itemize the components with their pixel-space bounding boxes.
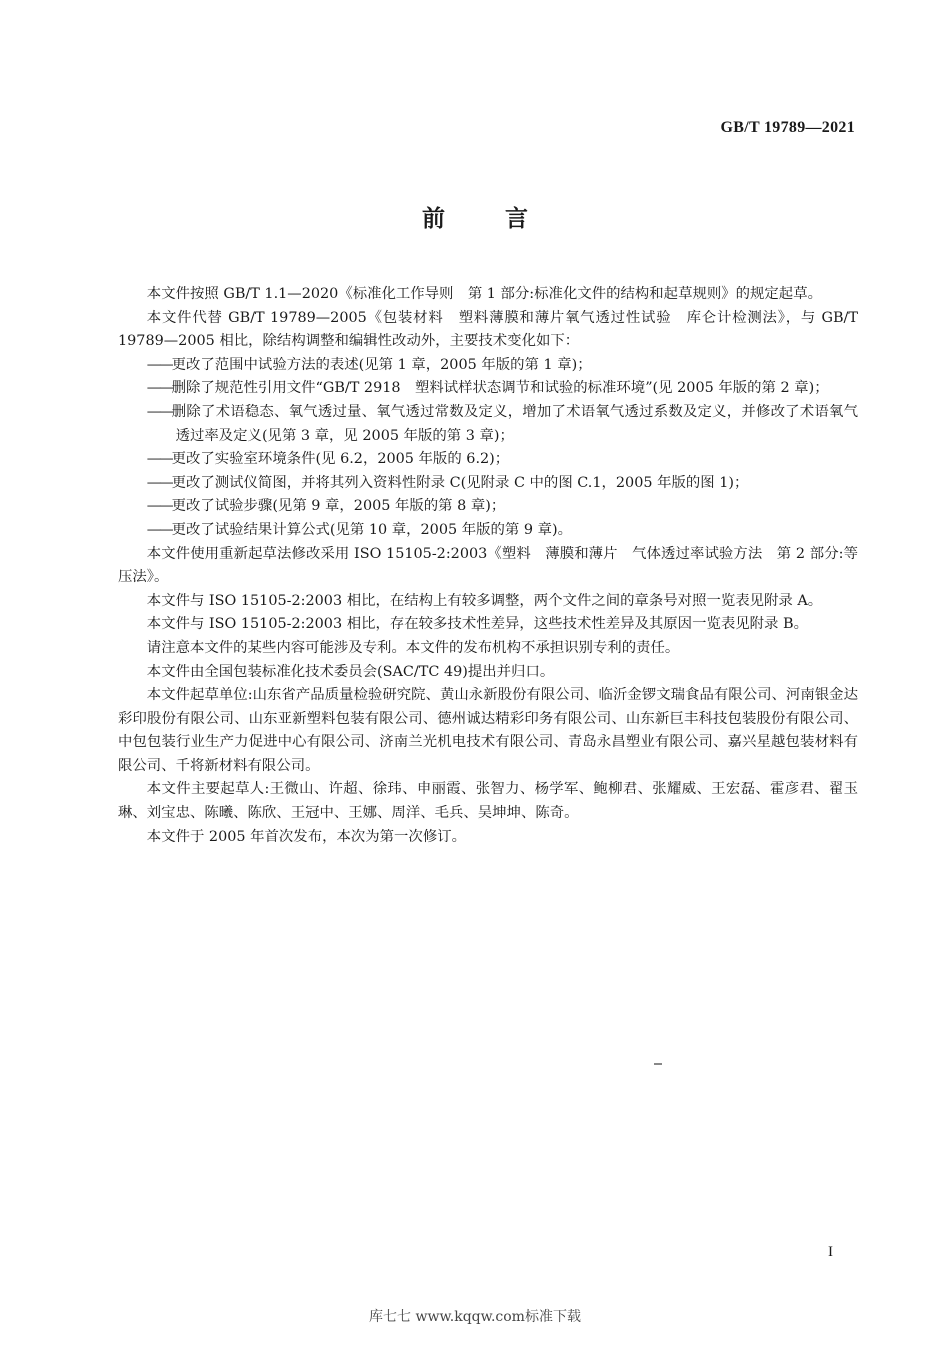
page-title: 前言 [0, 200, 950, 233]
list-item: ——更改了范围中试验方法的表述(见第 1 章，2005 年版的第 1 章)； [147, 354, 858, 378]
paragraph-patent-notice: 请注意本文件的某些内容可能涉及专利。本文件的发布机构不承担识别专利的责任。 [118, 637, 858, 661]
list-item: ——删除了规范性引用文件“GB/T 2918 塑料试样状态调节和试验的标准环境”… [147, 377, 858, 401]
dash-marker: —— [147, 404, 172, 420]
paragraph-drafting-basis: 本文件按照 GB/T 1.1—2020《标准化工作导则 第 1 部分:标准化文件… [118, 283, 858, 307]
dash-marker: —— [147, 522, 172, 538]
footer-watermark: 库七七 www.kqqw.com标准下载 [0, 1306, 950, 1326]
paragraph-drafters: 本文件主要起草人:王微山、许超、徐玮、申丽霞、张智力、杨学军、鲍柳君、张耀威、王… [118, 778, 858, 825]
dash-marker: —— [147, 475, 172, 491]
dash-marker: —— [147, 380, 172, 396]
list-item: ——更改了试验步骤(见第 9 章，2005 年版的第 8 章)； [147, 495, 858, 519]
paragraph-adoption: 本文件使用重新起草法修改采用 ISO 15105-2:2003《塑料 薄膜和薄片… [118, 543, 858, 590]
dash-marker: —— [147, 498, 172, 514]
dash-marker: —— [147, 451, 172, 467]
page-number: I [828, 1244, 833, 1261]
paragraph-history: 本文件于 2005 年首次发布，本次为第一次修订。 [118, 826, 858, 850]
paragraph-drafting-units: 本文件起草单位:山东省产品质量检验研究院、黄山永新股份有限公司、临沂金锣文瑞食品… [118, 684, 858, 778]
list-item: ——更改了试验结果计算公式(见第 10 章，2005 年版的第 9 章)。 [147, 519, 858, 543]
change-list: ——更改了范围中试验方法的表述(见第 1 章，2005 年版的第 1 章)； —… [118, 354, 858, 543]
foreword-body: 本文件按照 GB/T 1.1—2020《标准化工作导则 第 1 部分:标准化文件… [118, 283, 858, 849]
title-char-2: 言 [505, 200, 528, 233]
title-char-1: 前 [422, 200, 445, 233]
dash-marker: —— [147, 357, 172, 373]
list-item: ——删除了术语稳态、氧气透过量、氧气透过常数及定义，增加了术语氧气透过系数及定义… [147, 401, 858, 448]
paragraph-replaces: 本文件代替 GB/T 19789—2005《包装材料 塑料薄膜和薄片氧气透过性试… [118, 307, 858, 354]
paragraph-technical-diff: 本文件与 ISO 15105-2:2003 相比，存在较多技术性差异，这些技术性… [118, 613, 858, 637]
list-item: ——更改了实验室环境条件(见 6.2，2005 年版的 6.2)； [147, 448, 858, 472]
scan-artifact [654, 1063, 662, 1065]
paragraph-structure-diff: 本文件与 ISO 15105-2:2003 相比，在结构上有较多调整，两个文件之… [118, 590, 858, 614]
standard-code: GB/T 19789—2021 [721, 119, 855, 137]
paragraph-proposer: 本文件由全国包装标准化技术委员会(SAC/TC 49)提出并归口。 [118, 661, 858, 685]
list-item: ——更改了测试仪简图，并将其列入资料性附录 C(见附录 C 中的图 C.1，20… [147, 472, 858, 496]
